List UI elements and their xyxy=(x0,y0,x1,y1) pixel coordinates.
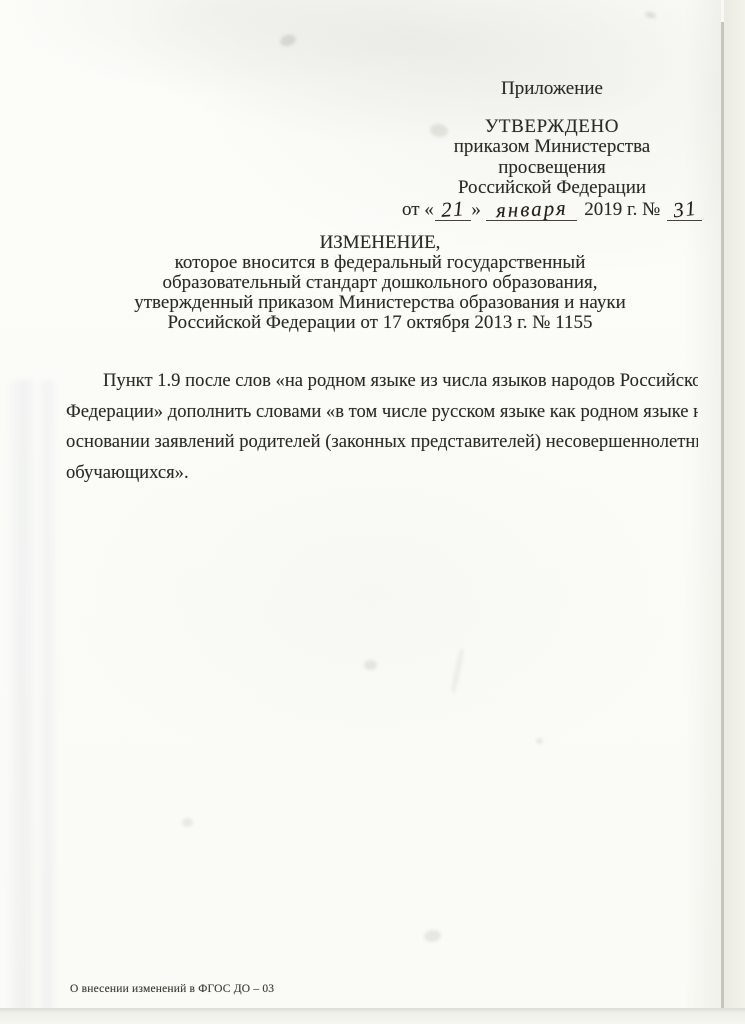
title-line-2: которое вносится в федеральный государст… xyxy=(70,253,690,273)
paper-smudge xyxy=(182,818,193,827)
body-line-4: обучающихся». xyxy=(66,458,698,489)
title-line-4: утвержденный приказом Министерства образ… xyxy=(70,293,690,313)
appendix-label: Приложение xyxy=(402,79,702,100)
title-line-5: Российской Федерации от 17 октября 2013 … xyxy=(70,313,690,333)
handwritten-order-number: 31 xyxy=(672,198,698,219)
paper-smudge xyxy=(644,11,656,19)
approved-stamp: УТВЕРЖДЕНО xyxy=(402,117,702,138)
handwritten-month-field: января xyxy=(486,199,577,222)
paper-smudge xyxy=(423,929,442,943)
handwritten-day: 21 xyxy=(441,199,466,219)
body-line-1: Пункт 1.9 после слов «на родном языке из… xyxy=(66,366,698,397)
footer-doc-code: О внесении изменений в ФГОС ДО – 03 xyxy=(70,983,274,995)
scanned-document-page: Приложение УТВЕРЖДЕНО приказом Министерс… xyxy=(0,0,745,1024)
handwritten-day-field: 21 xyxy=(435,199,472,222)
approval-issuer-line1: приказом Министерства просвещения xyxy=(402,137,702,178)
date-year-label: 2019 г. № xyxy=(584,200,660,221)
handwritten-number-field: 31 xyxy=(667,199,702,222)
body-line-3: основании заявлений родителей (законных … xyxy=(66,427,698,458)
scan-streaks xyxy=(6,380,58,1020)
scanner-background-right xyxy=(724,0,745,1010)
document-title: ИЗМЕНЕНИЕ, которое вносится в федеральны… xyxy=(70,233,690,333)
approval-block: Приложение УТВЕРЖДЕНО приказом Министерс… xyxy=(402,79,702,221)
page-bottom-edge xyxy=(0,1008,745,1024)
paper-scratch xyxy=(450,648,464,694)
paper-smudge xyxy=(536,738,543,744)
body-line-2: Федерации» дополнить словами «в том числ… xyxy=(66,397,698,428)
paper-smudge xyxy=(279,33,298,48)
date-quote-close: » xyxy=(471,200,481,221)
approval-date-line: от « 21 » января 2019 г. № 31 xyxy=(402,199,702,222)
date-prefix: от « xyxy=(402,200,434,221)
paper-smudge xyxy=(364,660,377,670)
title-line-1: ИЗМЕНЕНИЕ, xyxy=(70,233,690,253)
handwritten-month: января xyxy=(495,198,567,218)
body-paragraph: Пункт 1.9 после слов «на родном языке из… xyxy=(66,366,698,488)
title-line-3: образовательный стандарт дошкольного обр… xyxy=(70,273,690,293)
